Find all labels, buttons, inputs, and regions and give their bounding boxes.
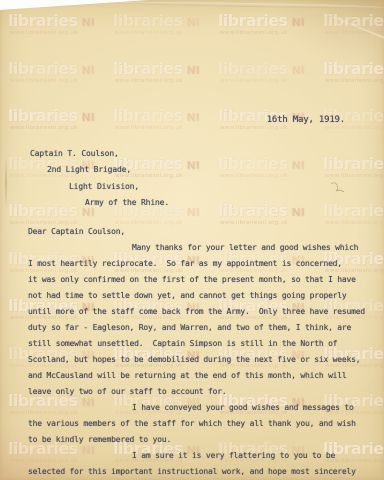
watermark-ni-mark: NI [291,64,304,77]
watermark-tile: librariesNIwww.librariesni.org.uk [323,61,384,85]
watermark-tile: librariesNIwww.librariesni.org.uk [218,13,322,37]
left-crease [5,157,7,209]
letter-line: still somewhat unsettled. Captain Simpso… [28,336,380,352]
watermark-word: librariesNI [323,156,384,172]
watermark-tile: librariesNIwww.librariesni.org.uk [323,156,384,180]
letter-line: and McCausland will be returning at the … [28,368,380,384]
letter-paper: librariesNIwww.librariesni.org.uklibrari… [0,0,384,480]
watermark-ni-mark: NI [81,64,94,77]
letter-body-block: Dear Captain Coulson, Many thanks for yo… [28,224,380,480]
watermark-url: www.librariesni.org.uk [220,126,322,132]
address-line: Light Division, [69,179,169,195]
watermark-tile: librariesNIwww.librariesni.org.uk [113,13,217,37]
watermark-url: www.librariesni.org.uk [10,79,112,85]
watermark-ni-mark: NI [186,16,199,29]
watermark-ni-mark: NI [186,111,199,124]
watermark-url: www.librariesni.org.uk [115,31,217,37]
watermark-url: www.librariesni.org.uk [10,31,112,37]
letter-line: until more of the staff come back from t… [28,304,380,320]
letter-line: Many thanks for your letter and good wis… [28,240,380,256]
watermark-url: www.librariesni.org.uk [325,79,384,85]
address-line: Captain T. Coulson, [30,146,169,162]
watermark-word: librariesNI [113,61,217,77]
letter-line: not had time to settle down yet, and can… [28,288,380,304]
watermark-ni-mark: NI [291,16,304,29]
date-line: 16th May, 1919. [267,115,345,125]
letter-line: the various members of the staff for whi… [28,416,380,432]
recipient-address: Captain T. Coulson,2nd Light Brigade,Lig… [30,146,169,212]
watermark-ni-mark: NI [81,111,94,124]
watermark-tile: librariesNIwww.librariesni.org.uk [8,61,112,85]
address-line: Army of the Rhine. [85,195,169,211]
letter-line: duty so far - Eagleson, Roy, and Warren,… [28,320,380,336]
watermark-word: librariesNI [113,108,217,124]
letter-line: leave only two of our staff to account f… [28,384,380,400]
watermark-ni-mark: NI [186,159,199,172]
watermark-word: librariesNI [8,108,112,124]
watermark-tile: librariesNIwww.librariesni.org.uk [8,13,112,37]
watermark-tile: librariesNIwww.librariesni.org.uk [8,108,112,132]
letter-line: Scotland, but hopes to be demobilised du… [28,352,380,368]
top-right-crease [318,10,384,43]
pencil-squiggle-mark [328,180,348,194]
watermark-word: librariesNI [113,13,217,29]
address-line: 2nd Light Brigade, [47,162,169,178]
salutation: Dear Captain Coulson, [28,224,380,240]
letter-line: I am sure it is very flattering to you t… [28,448,380,464]
watermark-word: librariesNI [323,203,384,219]
watermark-word: librariesNI [218,13,322,29]
watermark-ni-mark: NI [186,64,199,77]
watermark-word: librariesNI [323,61,384,77]
letter-line: I have conveyed your good wishes and mes… [28,400,380,416]
letter-body: Many thanks for your letter and good wis… [28,240,380,480]
watermark-word: librariesNI [8,13,112,29]
letter-line: selected for this important instructiona… [28,464,380,480]
watermark-url: www.librariesni.org.uk [220,31,322,37]
letter-line: to be kindly remembered to you. [28,432,380,448]
watermark-ni-mark: NI [186,206,199,219]
watermark-url: www.librariesni.org.uk [10,126,112,132]
watermark-tile: librariesNIwww.librariesni.org.uk [113,61,217,85]
watermark-word: librariesNI [8,61,112,77]
letter-line: it was only confirmed on the first of th… [28,272,380,288]
watermark-url: www.librariesni.org.uk [115,79,217,85]
watermark-word: librariesNI [218,61,322,77]
watermark-tile: librariesNIwww.librariesni.org.uk [113,108,217,132]
watermark-url: www.librariesni.org.uk [115,126,217,132]
watermark-tile: librariesNIwww.librariesni.org.uk [218,203,322,227]
watermark-url: www.librariesni.org.uk [220,79,322,85]
watermark-ni-mark: NI [291,159,304,172]
watermark-ni-mark: NI [291,206,304,219]
top-crease [110,1,384,10]
letter-line: I most heartily reciprocate. So far as m… [28,256,380,272]
watermark-url: www.librariesni.org.uk [325,174,384,180]
watermark-word: librariesNI [218,156,322,172]
watermark-url: www.librariesni.org.uk [220,174,322,180]
watermark-ni-mark: NI [81,16,94,29]
watermark-tile: librariesNIwww.librariesni.org.uk [218,156,322,180]
watermark-tile: librariesNIwww.librariesni.org.uk [323,203,384,227]
watermark-url: www.librariesni.org.uk [325,126,384,132]
watermark-tile: librariesNIwww.librariesni.org.uk [218,61,322,85]
document-scan: librariesNIwww.librariesni.org.uklibrari… [0,0,384,480]
watermark-word: librariesNI [218,203,322,219]
